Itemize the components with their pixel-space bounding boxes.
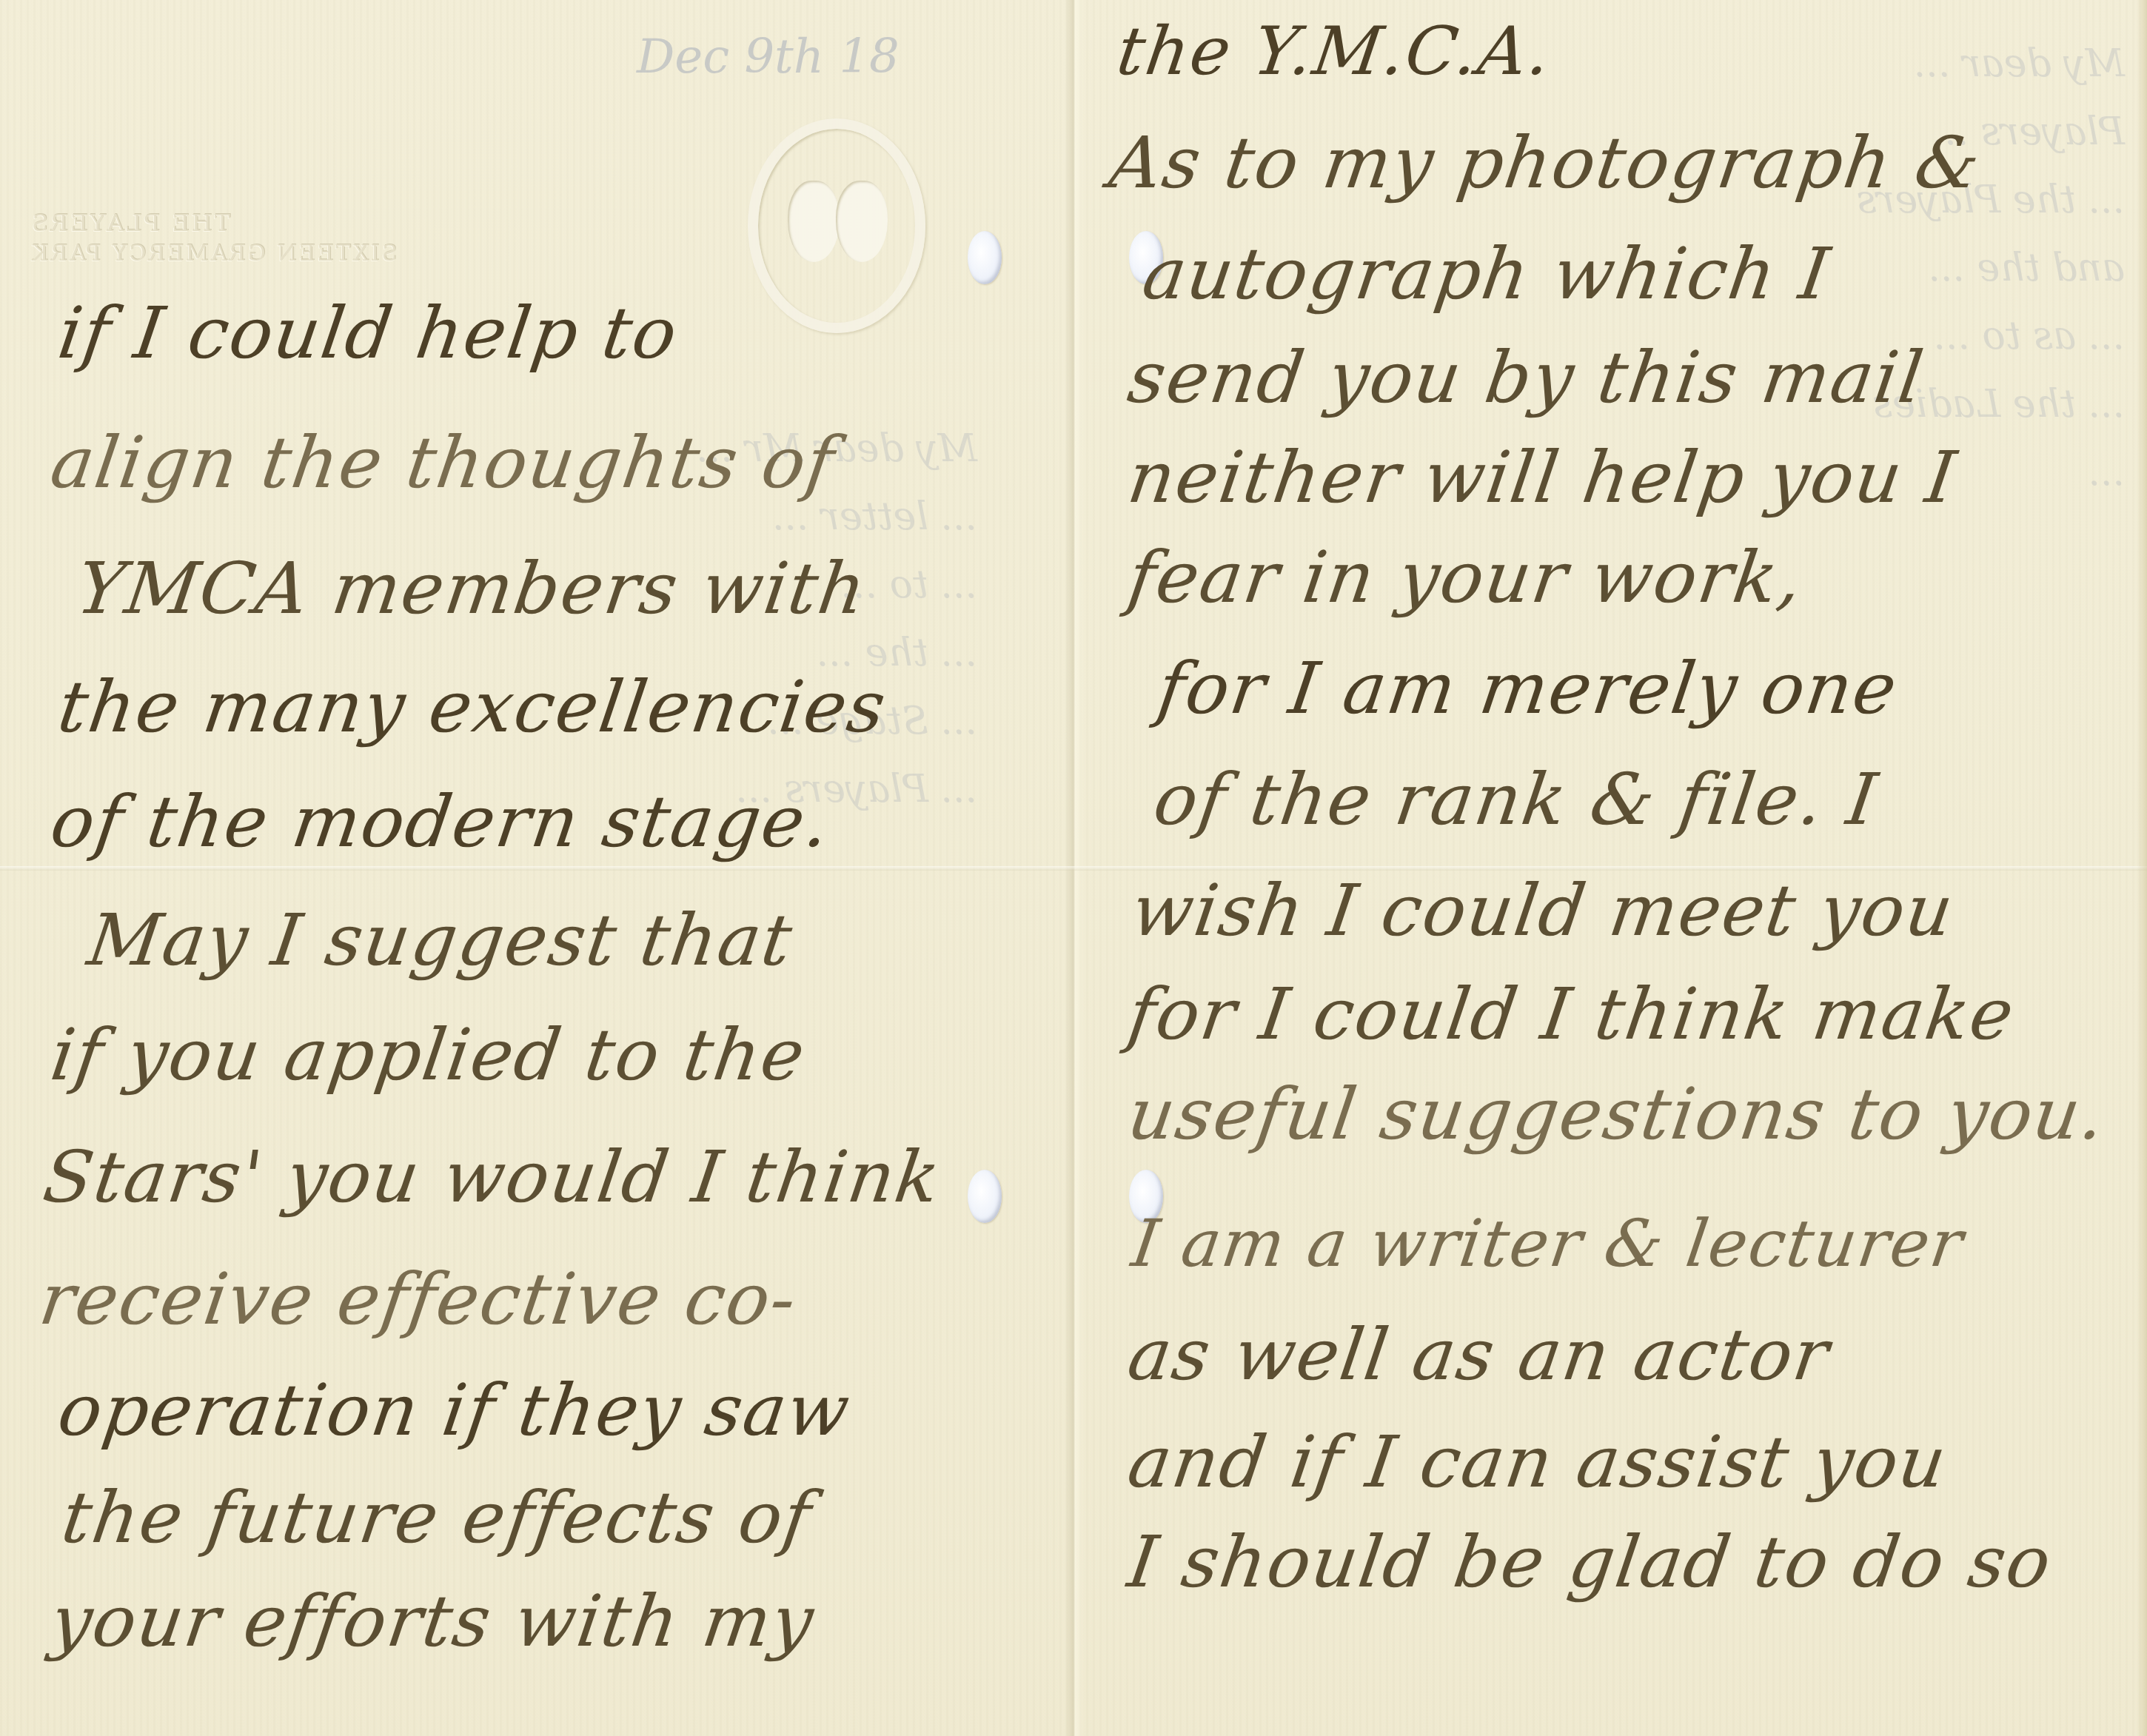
handwritten-line: receive effective co- bbox=[36, 1262, 802, 1336]
letterhead-address: SIXTEEN GRAMERCY PARK bbox=[30, 238, 429, 269]
handwritten-line: if I could help to bbox=[54, 296, 683, 370]
handwritten-line: As to my photograph & bbox=[1105, 126, 1986, 200]
handwritten-line: May I suggest that bbox=[84, 903, 797, 977]
handwritten-line: fear in your work, bbox=[1124, 540, 1808, 614]
handwritten-line: autograph which I bbox=[1139, 237, 1835, 311]
handwritten-line: as well as an actor bbox=[1124, 1318, 1835, 1392]
handwritten-line: wish I could meet you bbox=[1128, 874, 1959, 948]
letterhead-emboss: THE PLAYERS SIXTEEN GRAMERCY PARK bbox=[30, 207, 429, 269]
comedy-mask-icon bbox=[788, 181, 840, 262]
handwritten-line: useful suggestions to you. bbox=[1124, 1077, 2111, 1151]
punch-hole-icon bbox=[968, 1170, 1002, 1223]
handwritten-line: I am a writer & lecturer bbox=[1128, 1207, 1969, 1281]
handwritten-line: Stars' you would I think bbox=[39, 1140, 945, 1214]
handwritten-line: if you applied to the bbox=[47, 1018, 811, 1092]
handwritten-line: the future effects of bbox=[58, 1481, 817, 1555]
tragedy-mask-icon bbox=[836, 181, 888, 262]
handwritten-line: for I am merely one bbox=[1153, 651, 1902, 725]
handwritten-line: operation if they saw bbox=[54, 1373, 855, 1447]
handwritten-line: the many excellencies bbox=[54, 670, 891, 744]
embossed-masks-seal-icon bbox=[748, 118, 925, 333]
handwritten-line: YMCA members with bbox=[73, 552, 871, 626]
handwritten-line: send you by this mail bbox=[1124, 341, 1929, 415]
paper-edge bbox=[2137, 0, 2147, 1736]
handwritten-line: of the rank & file. I bbox=[1150, 763, 1883, 837]
handwritten-line: your efforts with my bbox=[47, 1584, 819, 1658]
letter-scan: Dec 9th 18 My dear ... Players ... ... t… bbox=[0, 0, 2147, 1736]
handwritten-line: the Y.M.C.A. bbox=[1113, 15, 1556, 89]
handwritten-line: of the modern stage. bbox=[47, 785, 835, 859]
handwritten-line: and if I can assist you bbox=[1124, 1425, 1952, 1499]
punch-hole-icon bbox=[968, 231, 1002, 284]
faint-date-bleed: Dec 9th 18 bbox=[637, 30, 900, 84]
handwritten-line: I should be glad to do so bbox=[1124, 1525, 2057, 1599]
handwritten-line: for I could I think make bbox=[1124, 977, 2020, 1051]
handwritten-line: neither will help you I bbox=[1124, 440, 1961, 515]
letterhead-club-name: THE PLAYERS bbox=[30, 207, 429, 238]
handwritten-line: align the thoughts of bbox=[47, 426, 840, 500]
